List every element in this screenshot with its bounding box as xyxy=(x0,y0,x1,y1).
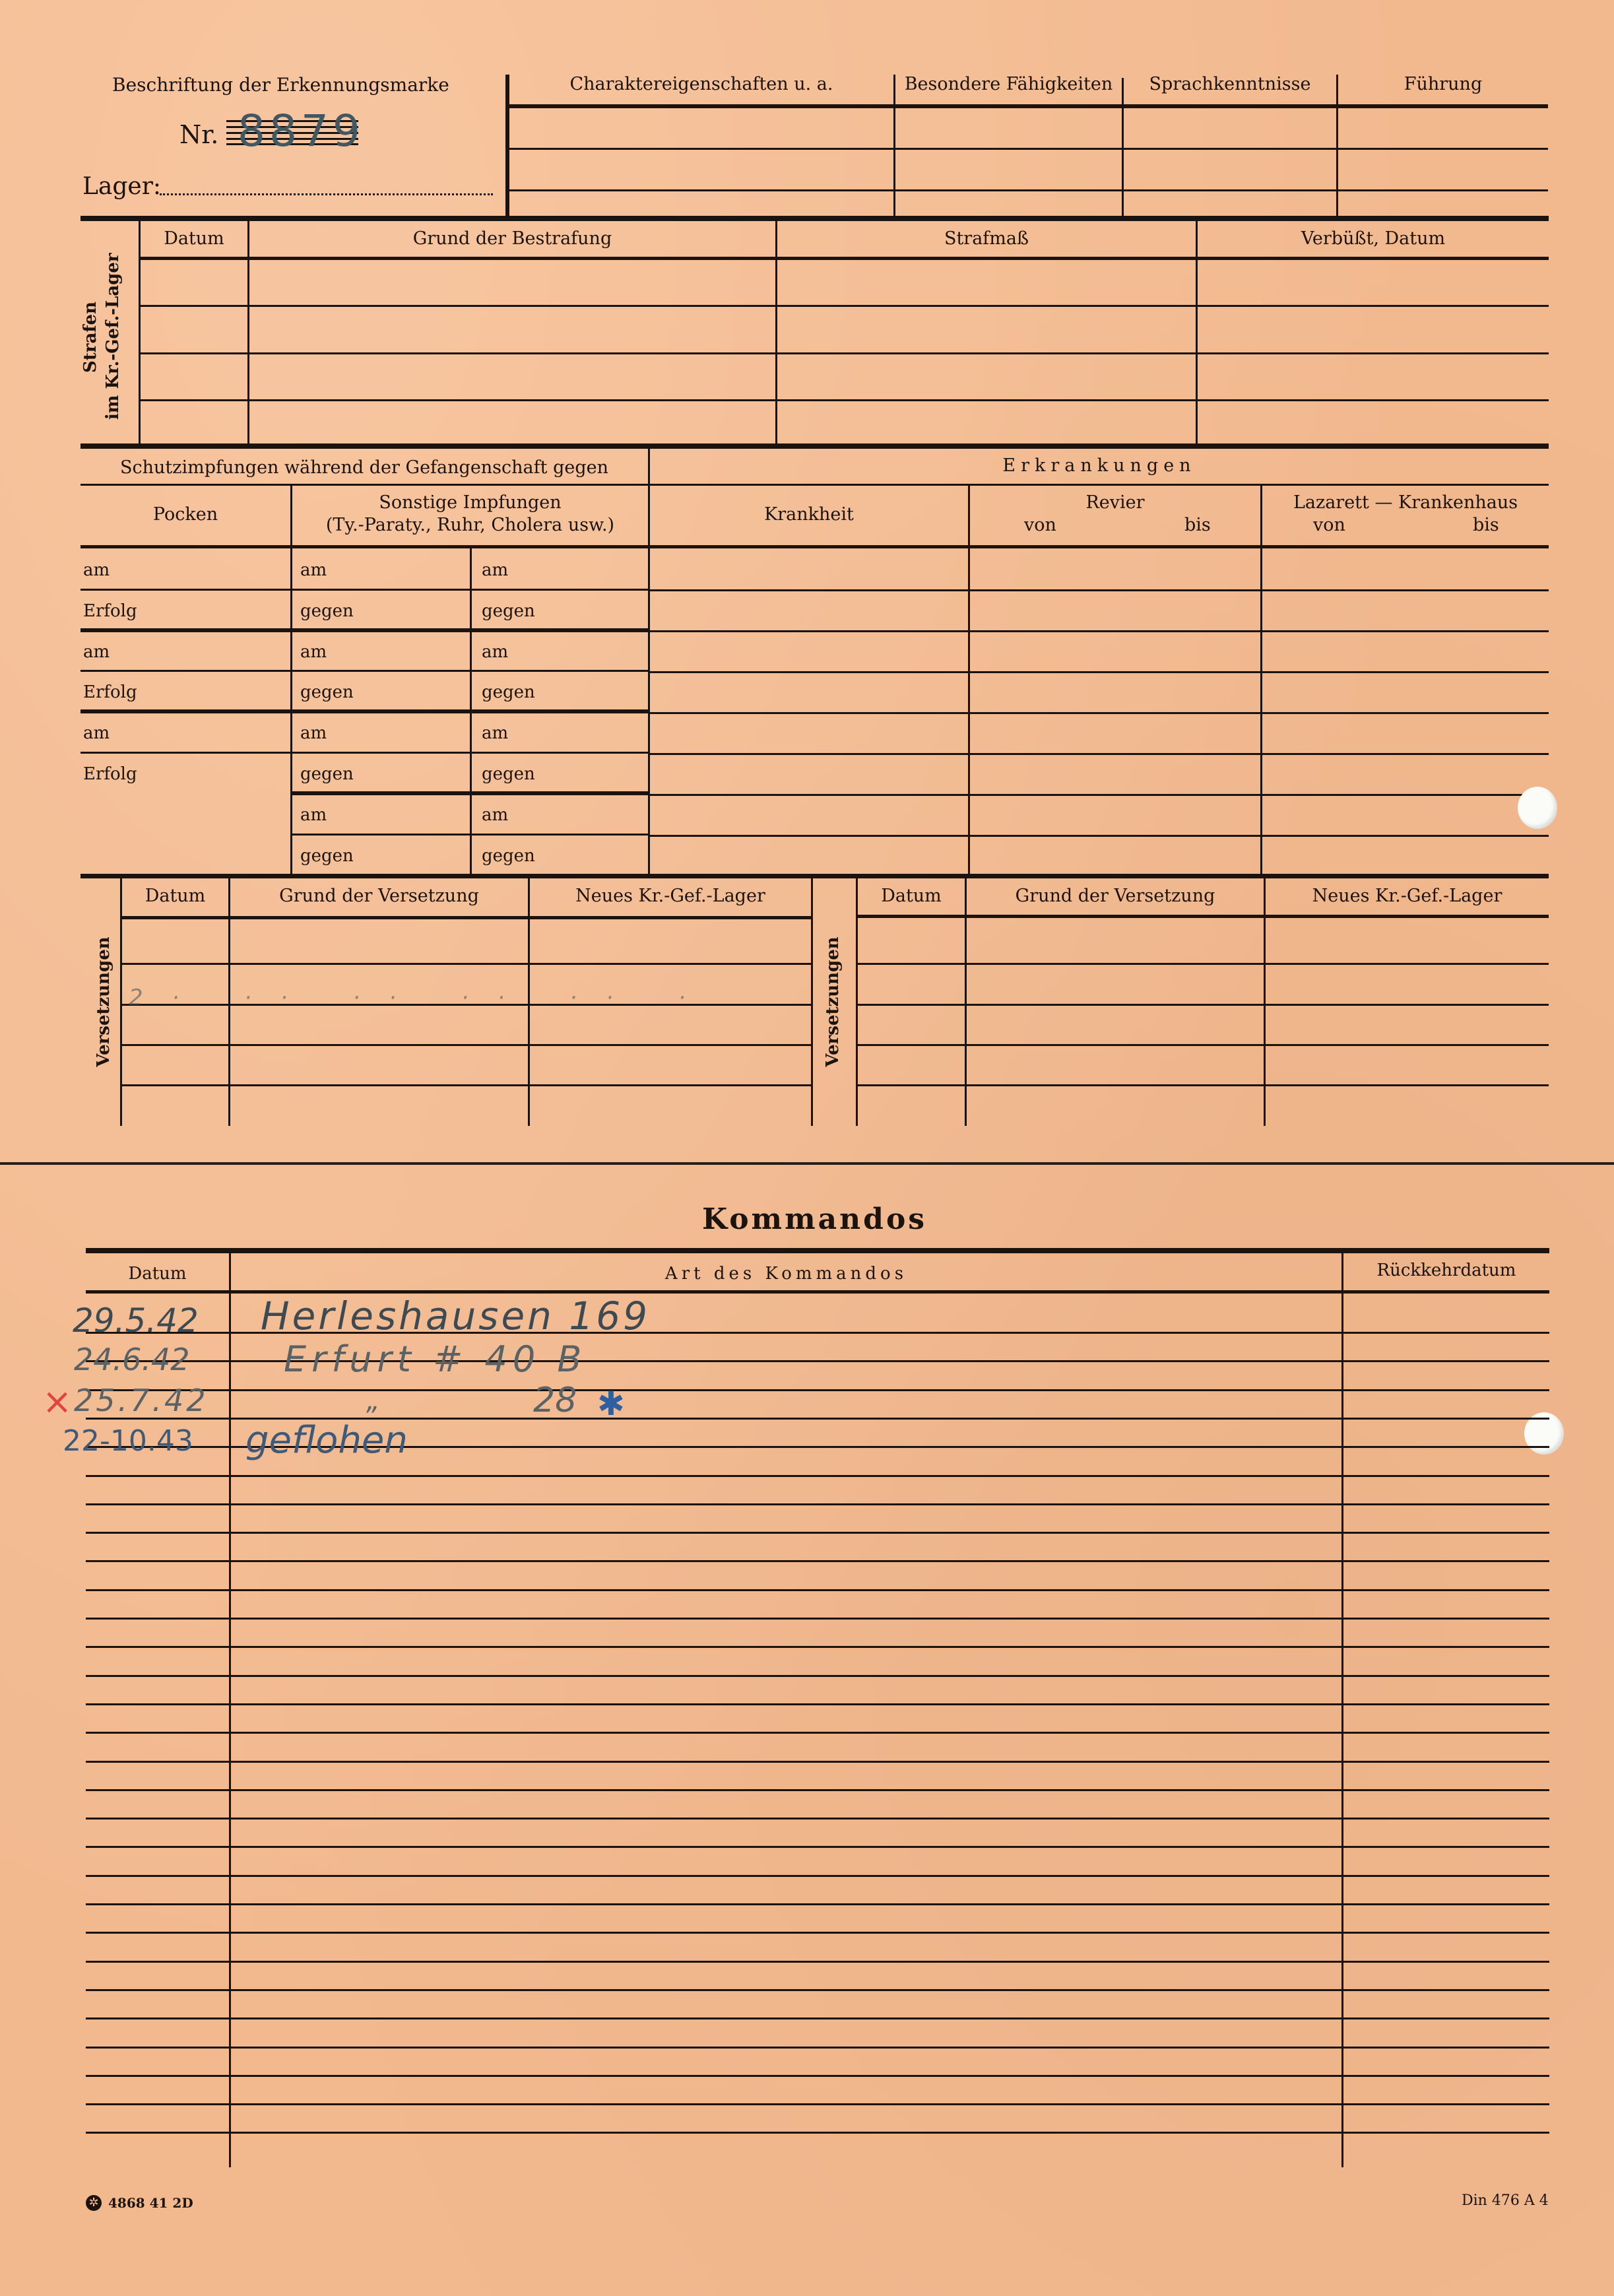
versetzungen-row-rule xyxy=(858,963,1549,965)
strafen-header-rule xyxy=(141,257,1549,260)
kommandos-row-rule xyxy=(86,1675,1549,1677)
erkrankungen-title: Erkrankungen xyxy=(650,455,1549,476)
sonstige-row-label: am xyxy=(482,560,508,580)
versetzungen-left-header-grund: Grund der Versetzung xyxy=(230,886,528,906)
sonstige-row-label: am xyxy=(482,642,508,662)
impfungen-row-rule xyxy=(81,670,648,672)
strafen-row-rule xyxy=(141,399,1549,401)
identity-title: Beschriftung der Erkennungsmarke xyxy=(112,74,442,96)
erkrankungen-revier-von: von xyxy=(1024,515,1056,535)
erkrankungen-row-rule xyxy=(650,589,1549,591)
strafen-side-label-line2: im Kr.-Gef.-Lager xyxy=(102,255,124,420)
sonstige-row-label: am xyxy=(300,723,327,743)
sonstige-row-label: gegen xyxy=(300,846,354,866)
blue-star-mark: ✱ xyxy=(597,1385,625,1423)
sonstige-row-label: am xyxy=(482,805,508,825)
strafen-divider xyxy=(775,221,777,445)
versetzungen-row-rule xyxy=(122,1084,811,1086)
strafen-side-label-line1: Strafen xyxy=(79,255,102,420)
impfungen-row-rule xyxy=(292,834,648,836)
strafen-row-rule xyxy=(141,305,1549,307)
strafen-header-grund: Grund der Bestrafung xyxy=(249,228,775,249)
footer-left: ✲ 4868 41 2D xyxy=(86,2195,193,2211)
kommandos-row-rule xyxy=(86,1789,1549,1791)
sonstige-row-label: gegen xyxy=(300,601,354,621)
impfungen-group-rule xyxy=(81,628,648,632)
versetzungen-right-header-datum: Datum xyxy=(858,886,965,906)
traits-divider xyxy=(893,75,895,216)
impfungen-pocken-header: Pocken xyxy=(81,504,290,525)
sonstige-row-label: gegen xyxy=(482,846,535,866)
footer-right-code: Din 476 A 4 xyxy=(1462,2192,1549,2209)
kommandos-row-rule xyxy=(86,1818,1549,1820)
impfungen-row-rule xyxy=(81,752,648,754)
versetzungen-right-header-lager: Neues Kr.-Gef.-Lager xyxy=(1266,886,1549,906)
kommandos-top-rule xyxy=(86,1248,1549,1253)
sonstige-row-label: am xyxy=(300,642,327,662)
kommandos-entry-art: „ xyxy=(366,1386,380,1416)
sonstige-row-label: gegen xyxy=(482,601,535,621)
strafen-divider xyxy=(1196,221,1198,445)
erkrankungen-krankheit-header: Krankheit xyxy=(650,504,968,525)
sonstige-row-label: am xyxy=(300,805,327,825)
erkrankungen-row-rule xyxy=(650,753,1549,755)
kommandos-row-rule xyxy=(86,1903,1549,1905)
kommandos-row-rule xyxy=(86,1589,1549,1591)
kommandos-row-rule xyxy=(86,1560,1549,1562)
traits-header-rule xyxy=(508,104,1548,108)
kommandos-row-rule xyxy=(86,1846,1549,1848)
erkrankungen-row-rule xyxy=(650,671,1549,673)
kommandos-row-rule xyxy=(86,2075,1549,2077)
versetzungen-left-header-rule xyxy=(122,916,811,919)
versetzungen-side-label-right: Versetzungen xyxy=(823,936,847,1068)
kommandos-row-rule xyxy=(86,2017,1549,2019)
impfungen-row-rule xyxy=(81,589,648,591)
kommandos-row-rule xyxy=(86,1703,1549,1705)
kommandos-entry-art: Herleshausen 169 xyxy=(261,1294,650,1338)
versetzungen-left-header-lager: Neues Kr.-Gef.-Lager xyxy=(530,886,811,906)
versetzungen-row-rule xyxy=(122,1044,811,1046)
traits-header-faehigkeiten: Besondere Fähigkeiten xyxy=(895,74,1122,94)
printer-mark-icon: ✲ xyxy=(86,2195,102,2211)
kommandos-row-rule xyxy=(86,2132,1549,2134)
kommandos-entry-art: Erfurt # 40 B xyxy=(284,1338,587,1380)
strafen-top-rule xyxy=(81,216,1549,221)
sonstige-row-label: am xyxy=(482,723,508,743)
sonstige-row-label: gegen xyxy=(482,764,535,784)
traits-row-rule xyxy=(508,189,1548,191)
impfungen-title: Schutzimpfungen während der Gefangenscha… xyxy=(81,457,648,478)
kommandos-row-rule xyxy=(86,2047,1549,2049)
sonstige-row-label: gegen xyxy=(482,682,535,702)
nr-label: Nr. xyxy=(179,120,218,149)
pocken-row-label: am xyxy=(83,560,110,580)
pocken-row-label: am xyxy=(83,723,110,743)
kommandos-header-art: Art des Kommandos xyxy=(231,1264,1341,1284)
kommandos-row-rule xyxy=(86,1389,1549,1391)
kommandos-rueckkehr-divider xyxy=(1341,1251,1343,2167)
strafen-side-label: Strafen im Kr.-Gef.-Lager xyxy=(79,255,125,420)
kommandos-row-rule xyxy=(86,1618,1549,1620)
kommandos-entry-art-extra: 28 xyxy=(533,1381,577,1420)
nr-value[interactable]: 8879 xyxy=(238,106,364,156)
kommandos-entry-datum: 25.7.42 xyxy=(74,1383,209,1418)
versetzungen-faded-entry: 2· ·· ·· ·· ·· · xyxy=(129,985,715,1011)
impfungen-sonstige-header-1: Sonstige Impfungen xyxy=(292,492,648,513)
versetzungen-row-rule xyxy=(858,1084,1549,1086)
versetzungen-right-header-grund: Grund der Versetzung xyxy=(967,886,1264,906)
versetzungen-left-header-datum: Datum xyxy=(122,886,228,906)
impfungen-group-rule xyxy=(81,709,648,713)
traits-header-fuehrung: Führung xyxy=(1338,74,1548,94)
kommandos-row-rule xyxy=(86,1932,1549,1934)
sonstige-row-label: am xyxy=(300,560,327,580)
versetzungen-right-header-rule xyxy=(858,915,1549,918)
traits-header-charakter: Charaktereigenschaften u. a. xyxy=(509,74,893,94)
versetzungen-divider xyxy=(811,878,813,1126)
strafen-bottom-rule xyxy=(81,443,1549,449)
kommandos-header-datum: Datum xyxy=(86,1264,229,1284)
versetzungen-row-rule xyxy=(122,963,811,965)
kommandos-entry-datum: 29.5.42 xyxy=(73,1301,199,1340)
traits-row-rule xyxy=(508,148,1548,150)
impfungen-group-rule xyxy=(292,791,648,795)
punch-hole xyxy=(1518,787,1557,829)
impfungen-title-rule xyxy=(81,484,648,486)
pocken-row-label: am xyxy=(83,642,110,662)
kommandos-entry-art: geflohen xyxy=(245,1419,408,1462)
pocken-row-label: Erfolg xyxy=(83,764,137,784)
strafen-header-strafmass: Strafmaß xyxy=(777,228,1196,249)
sonstige-row-label: gegen xyxy=(300,764,354,784)
traits-left-border xyxy=(505,75,509,216)
kommandos-entry-datum: 22-10.43 xyxy=(63,1424,193,1458)
erkrankungen-row-rule xyxy=(650,794,1549,796)
impfungen-sonstige-header-2: (Ty.-Paraty., Ruhr, Cholera usw.) xyxy=(292,515,648,535)
footer-left-code: 4868 41 2D xyxy=(108,2195,193,2211)
kommandos-row-rule xyxy=(86,2103,1549,2105)
kommandos-header-rueckkehr: Rückkehrdatum xyxy=(1343,1261,1549,1280)
strafen-header-verbuesst: Verbüßt, Datum xyxy=(1198,228,1549,249)
kommandos-row-rule xyxy=(86,1761,1549,1763)
red-x-mark: × xyxy=(42,1381,72,1422)
impf-erk-bottom-rule xyxy=(81,874,1549,878)
erkrankungen-row-rule xyxy=(650,835,1549,837)
erkrankungen-header-rule xyxy=(650,545,1549,548)
traits-divider xyxy=(1336,75,1338,216)
lager-field[interactable] xyxy=(160,193,493,195)
kommandos-row-rule xyxy=(86,1961,1549,1963)
erkrankungen-revier-bis: bis xyxy=(1184,515,1211,535)
kommandos-row-rule xyxy=(86,1532,1549,1534)
erkrankungen-revier-header: Revier xyxy=(970,492,1260,513)
kommandos-row-rule xyxy=(86,1475,1549,1477)
erkrankungen-row-rule xyxy=(650,630,1549,632)
strafen-row-rule xyxy=(141,352,1549,354)
kommandos-entry-datum: 24.6.42 xyxy=(74,1342,190,1377)
erkrankungen-title-rule xyxy=(650,484,1549,486)
traits-header-sprachen: Sprachkenntnisse xyxy=(1124,74,1336,94)
erkrankungen-lazarett-bis: bis xyxy=(1473,515,1499,535)
fold-line xyxy=(0,1162,1614,1165)
versetzungen-row-rule xyxy=(858,1044,1549,1046)
pocken-row-label: Erfolg xyxy=(83,601,137,621)
erkrankungen-lazarett-von: von xyxy=(1313,515,1345,535)
strafen-header-datum: Datum xyxy=(141,228,247,249)
kommandos-title: Kommandos xyxy=(81,1202,1549,1236)
kommandos-row-rule xyxy=(86,1989,1549,1991)
strafen-border xyxy=(139,221,141,445)
versetzungen-side-label-left: Versetzungen xyxy=(94,936,117,1068)
pocken-row-label: Erfolg xyxy=(83,682,137,702)
erkrankungen-lazarett-header: Lazarett — Krankenhaus xyxy=(1262,492,1549,513)
kommandos-row-rule xyxy=(86,1503,1549,1505)
kommandos-row-rule xyxy=(86,1875,1549,1877)
kommandos-row-rule xyxy=(86,1646,1549,1648)
traits-divider xyxy=(1122,78,1124,216)
strafen-divider xyxy=(247,221,249,445)
kommandos-row-rule xyxy=(86,1732,1549,1734)
versetzungen-row-rule xyxy=(858,1004,1549,1006)
sonstige-row-label: gegen xyxy=(300,682,354,702)
lager-label: Lager: xyxy=(82,173,161,200)
impfungen-header-rule xyxy=(81,545,648,548)
erkrankungen-row-rule xyxy=(650,712,1549,714)
